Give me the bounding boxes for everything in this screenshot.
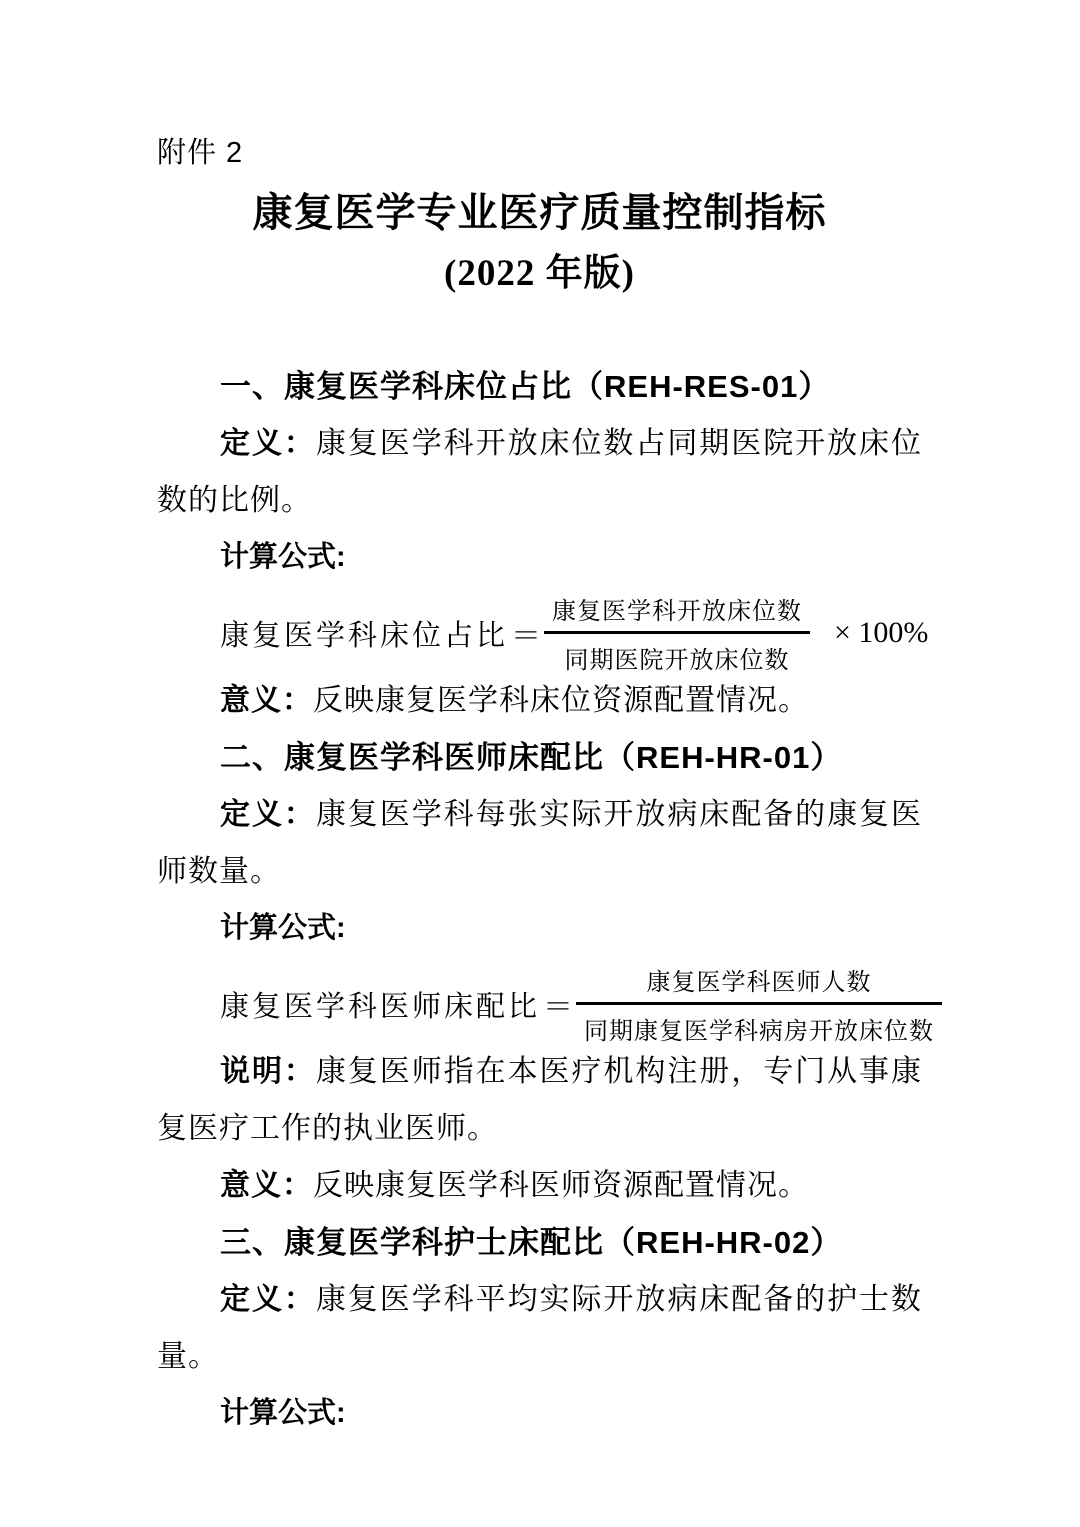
fraction-numerator: 康复医学科医师人数: [576, 962, 942, 1005]
document-subtitle: (2022 年版): [157, 244, 922, 304]
section-1-definition: 定义：康复医学科开放床位数占同期医院开放床位数的比例。: [157, 415, 922, 529]
document-page: 附件 2 康复医学专业医疗质量控制指标 (2022 年版) 一、康复医学科床位占…: [0, 0, 1080, 1527]
section-2-note: 说明：康复医师指在本医疗机构注册，专门从事康复医疗工作的执业医师。: [157, 1043, 922, 1157]
fraction-denominator: 同期康复医学科病房开放床位数: [576, 1005, 942, 1046]
formula-lhs: 康复医学科床位占比: [220, 613, 508, 654]
fraction-numerator: 康复医学科开放床位数: [544, 591, 810, 634]
meaning-text: 反映康复医学科医师资源配置情况。: [313, 1169, 809, 1202]
fraction: 康复医学科开放床位数 同期医院开放床位数: [544, 591, 810, 675]
fraction-denominator: 同期医院开放床位数: [544, 634, 810, 675]
section-3-definition: 定义：康复医学科平均实际开放病床配备的护士数量。: [157, 1271, 922, 1385]
fraction: 康复医学科医师人数 同期康复医学科病房开放床位数: [576, 962, 942, 1046]
equals-sign: ＝: [543, 982, 573, 1026]
section-1-meaning: 意义：反映康复医学科床位资源配置情况。: [157, 672, 922, 729]
section-1-heading: 一、康复医学科床位占比（REH-RES-01）: [157, 358, 922, 415]
section-2-meaning: 意义：反映康复医学科医师资源配置情况。: [157, 1157, 922, 1214]
section-2-formula: 康复医学科医师床配比＝ 康复医学科医师人数 同期康复医学科病房开放床位数: [157, 965, 922, 1043]
definition-label: 定义：: [220, 427, 316, 460]
section-3-heading: 三、康复医学科护士床配比（REH-HR-02）: [157, 1214, 922, 1271]
section-1-formula-label: 计算公式:: [157, 529, 922, 586]
equals-sign: ＝: [511, 611, 541, 655]
section-3-formula-label: 计算公式:: [157, 1385, 922, 1442]
document-title: 康复医学专业医疗质量控制指标: [157, 182, 922, 244]
section-2-definition: 定义：康复医学科每张实际开放病床配备的康复医师数量。: [157, 786, 922, 900]
meaning-label: 意义：: [220, 684, 313, 717]
definition-label: 定义：: [220, 1283, 316, 1316]
formula-multiplier: × 100%: [834, 616, 928, 650]
meaning-text: 反映康复医学科床位资源配置情况。: [313, 684, 809, 717]
meaning-label: 意义：: [220, 1169, 313, 1202]
formula-lhs: 康复医学科医师床配比: [220, 984, 540, 1025]
section-2-formula-label: 计算公式:: [157, 900, 922, 957]
note-label: 说明：: [220, 1055, 316, 1088]
attachment-label: 附件 2: [157, 125, 922, 182]
section-1-formula: 康复医学科床位占比＝ 康复医学科开放床位数 同期医院开放床位数 × 100%: [157, 594, 922, 672]
section-2-heading: 二、康复医学科医师床配比（REH-HR-01）: [157, 729, 922, 786]
definition-label: 定义：: [220, 798, 316, 831]
